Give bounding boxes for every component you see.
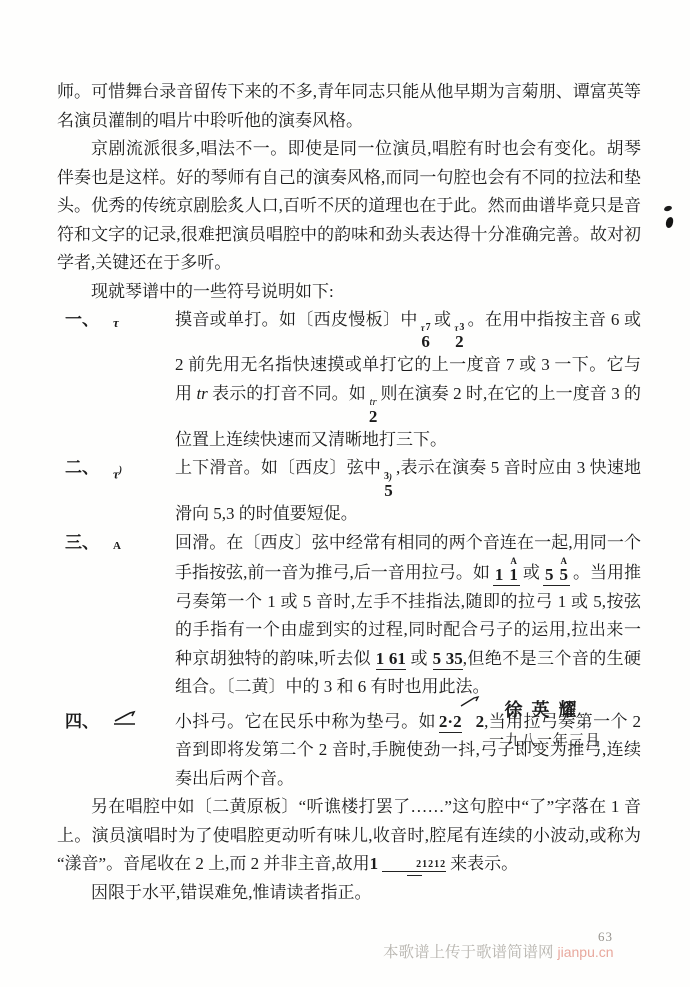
item2-text: 上下滑音。如〔西皮〕弦中 xyxy=(175,458,381,477)
list-item-1: 一、 τ 摸音或单打。如〔西皮慢板〕中τ76或τ32。在用中指按主音 6 或 2… xyxy=(57,306,641,454)
trill-abbreviation: tr xyxy=(196,384,207,403)
list-item-2-number: 二、 xyxy=(65,454,99,483)
item1-text: 摸音或单打。如〔西皮慢板〕中 xyxy=(175,310,418,329)
ink-blot-mark xyxy=(663,205,672,212)
ink-blot-mark xyxy=(665,217,673,229)
list-item-2-head: 二、 τ) xyxy=(57,454,175,489)
main-digit: 2 xyxy=(455,333,464,351)
item3-text: 回滑。在〔西皮〕弦中经常有相同的两个音连在一起,用同一个手指按弦,前一音为推弓,… xyxy=(175,533,641,583)
list-item-1-head: 一、 τ xyxy=(57,306,175,338)
list-item-4-number: 四、 xyxy=(65,708,99,737)
notation-5-35: 5 35 xyxy=(433,649,463,670)
scanned-document-page: 师。可惜舞台录音留传下来的不多,青年同志只能从他早期为言菊朋、谭富英等名演员灌制… xyxy=(0,0,690,987)
item3-text: 或 xyxy=(523,563,540,582)
tr-mark: tr xyxy=(369,397,376,408)
hui-hua-symbol-icon: A xyxy=(113,532,121,561)
watermark-text: 本歌谱上传于歌谱简谱网 xyxy=(383,944,554,961)
note-digit: 5 xyxy=(559,566,568,584)
note-digits: 2·2 xyxy=(439,712,462,733)
notation-tr-over-2: tr2 xyxy=(369,397,378,426)
paragraph-intro-symbols: 现就琴谱中的一些符号说明如下: xyxy=(57,278,641,307)
notation-21212-wave: 21212 xyxy=(382,860,446,876)
notation-5-5-huihua: 5A5 xyxy=(543,557,570,586)
list-item-3-body: 回滑。在〔西皮〕弦中经常有相同的两个音连在一起,用同一个手指按弦,前一音为推弓,… xyxy=(175,529,641,702)
list-item-1-body: 摸音或单打。如〔西皮慢板〕中τ76或τ32。在用中指按主音 6 或 2 前先用无… xyxy=(175,306,641,454)
hook-mark: ) xyxy=(119,465,122,476)
main-digit: 6 xyxy=(421,333,430,351)
mo-yin-symbol-icon: τ xyxy=(113,309,119,338)
notation-2dot2: 2·2 xyxy=(439,708,462,737)
list-item-2-body: 上下滑音。如〔西皮〕弦中3)5,表示在演奏 5 音时应由 3 快速地滑向 5,3… xyxy=(175,454,641,529)
list-item-3-number: 三、 xyxy=(65,529,99,558)
notation-tau-7-over-6: τ76 xyxy=(421,323,431,351)
dou-gong-symbol-icon xyxy=(113,708,137,737)
list-item-3: 三、 A 回滑。在〔西皮〕弦中经常有相同的两个音连在一起,用同一个手指按弦,前一… xyxy=(57,529,641,702)
list-item-1-number: 一、 xyxy=(65,306,99,335)
hua-yin-symbol-icon: τ) xyxy=(113,457,122,489)
item3-text: 或 xyxy=(411,649,428,668)
paragraph-yangyin-text: 另在唱腔中如〔二黄原板〕“听谯楼打罢了……”这句腔中“了”字落在 1 音上。演员… xyxy=(57,797,641,873)
dou-gong-mark-icon xyxy=(460,695,480,708)
paragraph-liupai: 京剧流派很多,唱法不一。即使是同一位演员,唱腔有时也会有变化。胡琴伴奏也是这样。… xyxy=(57,135,641,278)
dash-mark xyxy=(407,875,422,876)
signature-date: 一九八一年三月 xyxy=(478,729,612,750)
list-item-4-head: 四、 xyxy=(57,708,175,737)
main-digit: 2 xyxy=(369,408,378,426)
note-digit: 5 xyxy=(545,566,554,584)
notation-1-1-huihua: 1A1 xyxy=(493,557,520,586)
main-digit: 5 xyxy=(384,482,393,500)
item4-text: 小抖弓。它在民乐中称为垫弓。如 xyxy=(175,712,436,731)
paragraph-apology: 因限于水平,错误难免,惟请读者指正。 xyxy=(57,879,641,908)
watermark: 本歌谱上传于歌谱简谱网jianpu.cn xyxy=(383,940,614,962)
author-name: 徐英耀 xyxy=(478,696,612,722)
item1-text: 或 xyxy=(434,310,452,329)
paragraph-yangyin-text: 来表示。 xyxy=(450,854,518,873)
notation-1-61: 1 61 xyxy=(376,649,406,670)
paragraph-yangyin: 另在唱腔中如〔二黄原板〕“听谯楼打罢了……”这句腔中“了”字落在 1 音上。演员… xyxy=(57,793,641,879)
page-text-block: 师。可惜舞台录音留传下来的不多,青年同志只能从他早期为言菊朋、谭富英等名演员灌制… xyxy=(57,78,641,907)
wave-digits: 21212 xyxy=(382,860,446,872)
signature-block: 徐英耀 一九八一年三月 xyxy=(478,696,612,750)
note-digit: 1 xyxy=(495,566,504,584)
list-item-3-head: 三、 A xyxy=(57,529,175,561)
paragraph-continued: 师。可惜舞台录音留传下来的不多,青年同志只能从他早期为言菊朋、谭富英等名演员灌制… xyxy=(57,78,641,135)
dou-gong-glyph xyxy=(113,710,137,726)
notation-3-slide-5: 3)5 xyxy=(384,472,393,500)
note-digit: 1 xyxy=(370,854,379,873)
item1-text: 表示的打音不同。如 xyxy=(212,384,366,403)
watermark-site: jianpu.cn xyxy=(558,944,614,960)
notation-tau-3-over-2: τ32 xyxy=(454,323,464,351)
list-item-2: 二、 τ) 上下滑音。如〔西皮〕弦中3)5,表示在演奏 5 音时应由 3 快速地… xyxy=(57,454,641,529)
note-digit: 1 xyxy=(509,566,518,584)
